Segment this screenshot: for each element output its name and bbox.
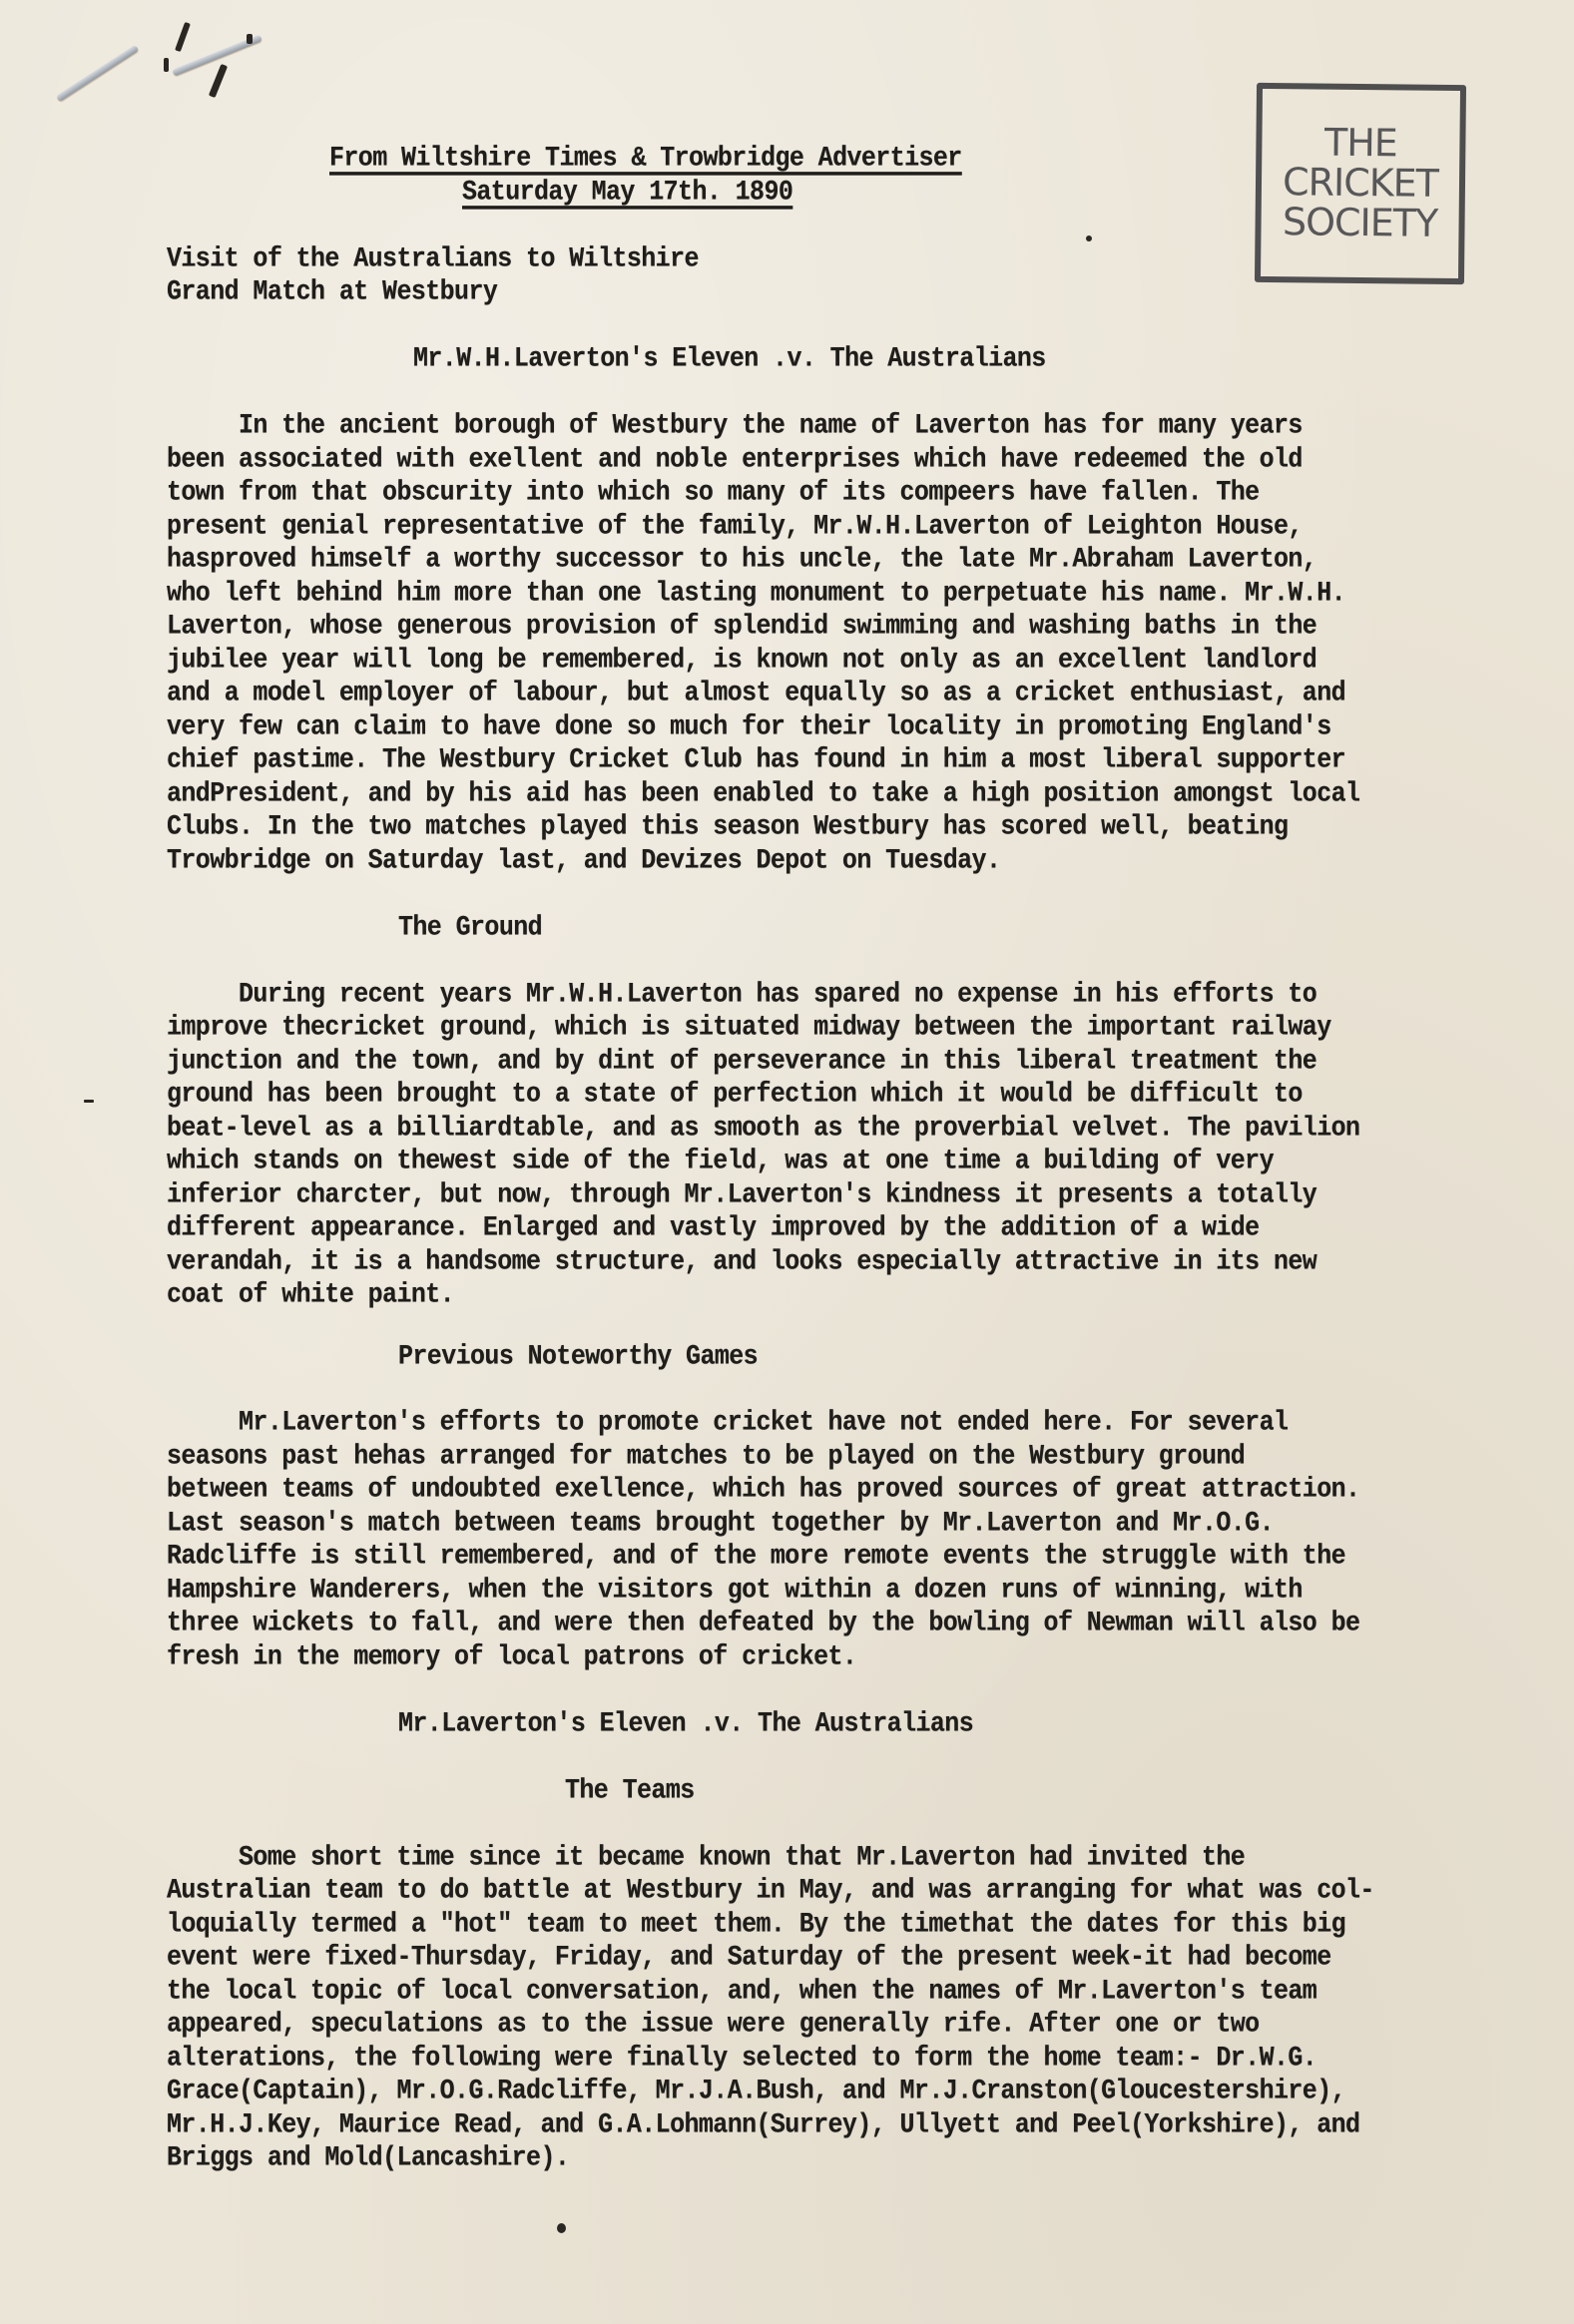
ink-mark <box>247 34 253 44</box>
body-line: Last season's match between teams brough… <box>167 1507 1274 1539</box>
body-line: which stands on thewest side of the fiel… <box>167 1145 1274 1176</box>
body-line: town from that obscurity into which so m… <box>167 476 1260 508</box>
body-line: who left behind him more than one lastin… <box>167 577 1345 609</box>
body-line: different appearance. Enlarged and vastl… <box>167 1211 1260 1243</box>
body-line: Australian team to do battle at Westbury… <box>167 1874 1374 1906</box>
body-line: fresh in the memory of local patrons of … <box>167 1640 856 1672</box>
body-line: jubilee year will long be remembered, is… <box>167 644 1316 676</box>
body-line: In the ancient borough of Westbury the n… <box>167 409 1303 441</box>
body-line: During recent years Mr.W.H.Laverton has … <box>167 978 1316 1010</box>
body-line: loquially termed a "hot" team to meet th… <box>167 1908 1345 1940</box>
body-line: chief pastime. The Westbury Cricket Club… <box>167 743 1345 775</box>
body-line: ground has been brought to a state of pe… <box>167 1078 1303 1110</box>
body-line: present genial representative of the fam… <box>167 510 1303 542</box>
stamp-line: CRICKET <box>1262 163 1459 205</box>
body-line: the local topic of local conversation, a… <box>167 1975 1316 2007</box>
section-heading: Previous Noteworthy Games <box>398 1340 758 1372</box>
ink-dot <box>84 1100 94 1103</box>
body-line: appeared, speculations as to the issue w… <box>167 2008 1260 2040</box>
source-header-date: Saturday May 17th. 1890 <box>462 176 792 208</box>
body-line: improve thecricket ground, which is situ… <box>167 1011 1331 1043</box>
body-line: alterations, the following were finally … <box>167 2042 1316 2074</box>
body-line: Hampshire Wanderers, when the visitors g… <box>167 1574 1303 1606</box>
body-line: three wickets to fall, and were then def… <box>167 1607 1359 1638</box>
body-line: event were fixed-Thursday, Friday, and S… <box>167 1941 1331 1973</box>
body-line: beat-level as a billiardtable, and as sm… <box>167 1112 1359 1144</box>
body-line: very few can claim to have done so much … <box>167 710 1331 742</box>
body-line: Radcliffe is still remembered, and of th… <box>167 1540 1345 1572</box>
body-line: inferior charcter, but now, through Mr.L… <box>167 1178 1316 1210</box>
section-heading: The Ground <box>398 911 542 943</box>
ink-dot <box>557 2223 566 2233</box>
body-line: been associated with exellent and noble … <box>167 443 1303 475</box>
body-line: coat of white paint. <box>167 1278 454 1310</box>
source-header-line1: From Wiltshire Times & Trowbridge Advert… <box>329 142 962 174</box>
body-line: seasons past hehas arranged for matches … <box>167 1440 1245 1472</box>
body-line: between teams of undoubted exellence, wh… <box>167 1473 1359 1505</box>
section-subheading: The Teams <box>565 1774 695 1806</box>
section-heading: Mr.W.H.Laverton's Eleven .v. The Austral… <box>413 342 1046 374</box>
ink-dot <box>1086 235 1092 241</box>
body-line: Mr.H.J.Key, Maurice Read, and G.A.Lohman… <box>167 2108 1359 2140</box>
body-line: hasproved himself a worthy successor to … <box>167 543 1316 575</box>
body-line: junction and the town, and by dint of pe… <box>167 1045 1316 1077</box>
body-line: Clubs. In the two matches played this se… <box>167 810 1288 842</box>
stamp-line: SOCIETY <box>1261 203 1458 244</box>
cricket-society-stamp: THE CRICKET SOCIETY <box>1255 83 1466 284</box>
article-title: Visit of the Australians to Wiltshire <box>167 242 699 274</box>
body-line: and a model employer of labour, but almo… <box>167 677 1345 708</box>
body-line: Some short time since it became known th… <box>167 1841 1245 1873</box>
article-subtitle: Grand Match at Westbury <box>167 275 497 307</box>
body-line: verandah, it is a handsome structure, an… <box>167 1245 1316 1277</box>
body-line: andPresident, and by his aid has been en… <box>167 777 1359 809</box>
ink-mark <box>164 58 169 72</box>
body-line: Mr.Laverton's efforts to promote cricket… <box>167 1406 1288 1438</box>
body-line: Laverton, whose generous provision of sp… <box>167 610 1316 642</box>
stamp-line: THE <box>1262 123 1459 165</box>
body-line: Briggs and Mold(Lancashire). <box>167 2141 569 2173</box>
section-heading: Mr.Laverton's Eleven .v. The Australians <box>398 1707 973 1739</box>
body-line: Grace(Captain), Mr.O.G.Radcliffe, Mr.J.A… <box>167 2075 1345 2106</box>
body-line: Trowbridge on Saturday last, and Devizes… <box>167 844 1000 876</box>
